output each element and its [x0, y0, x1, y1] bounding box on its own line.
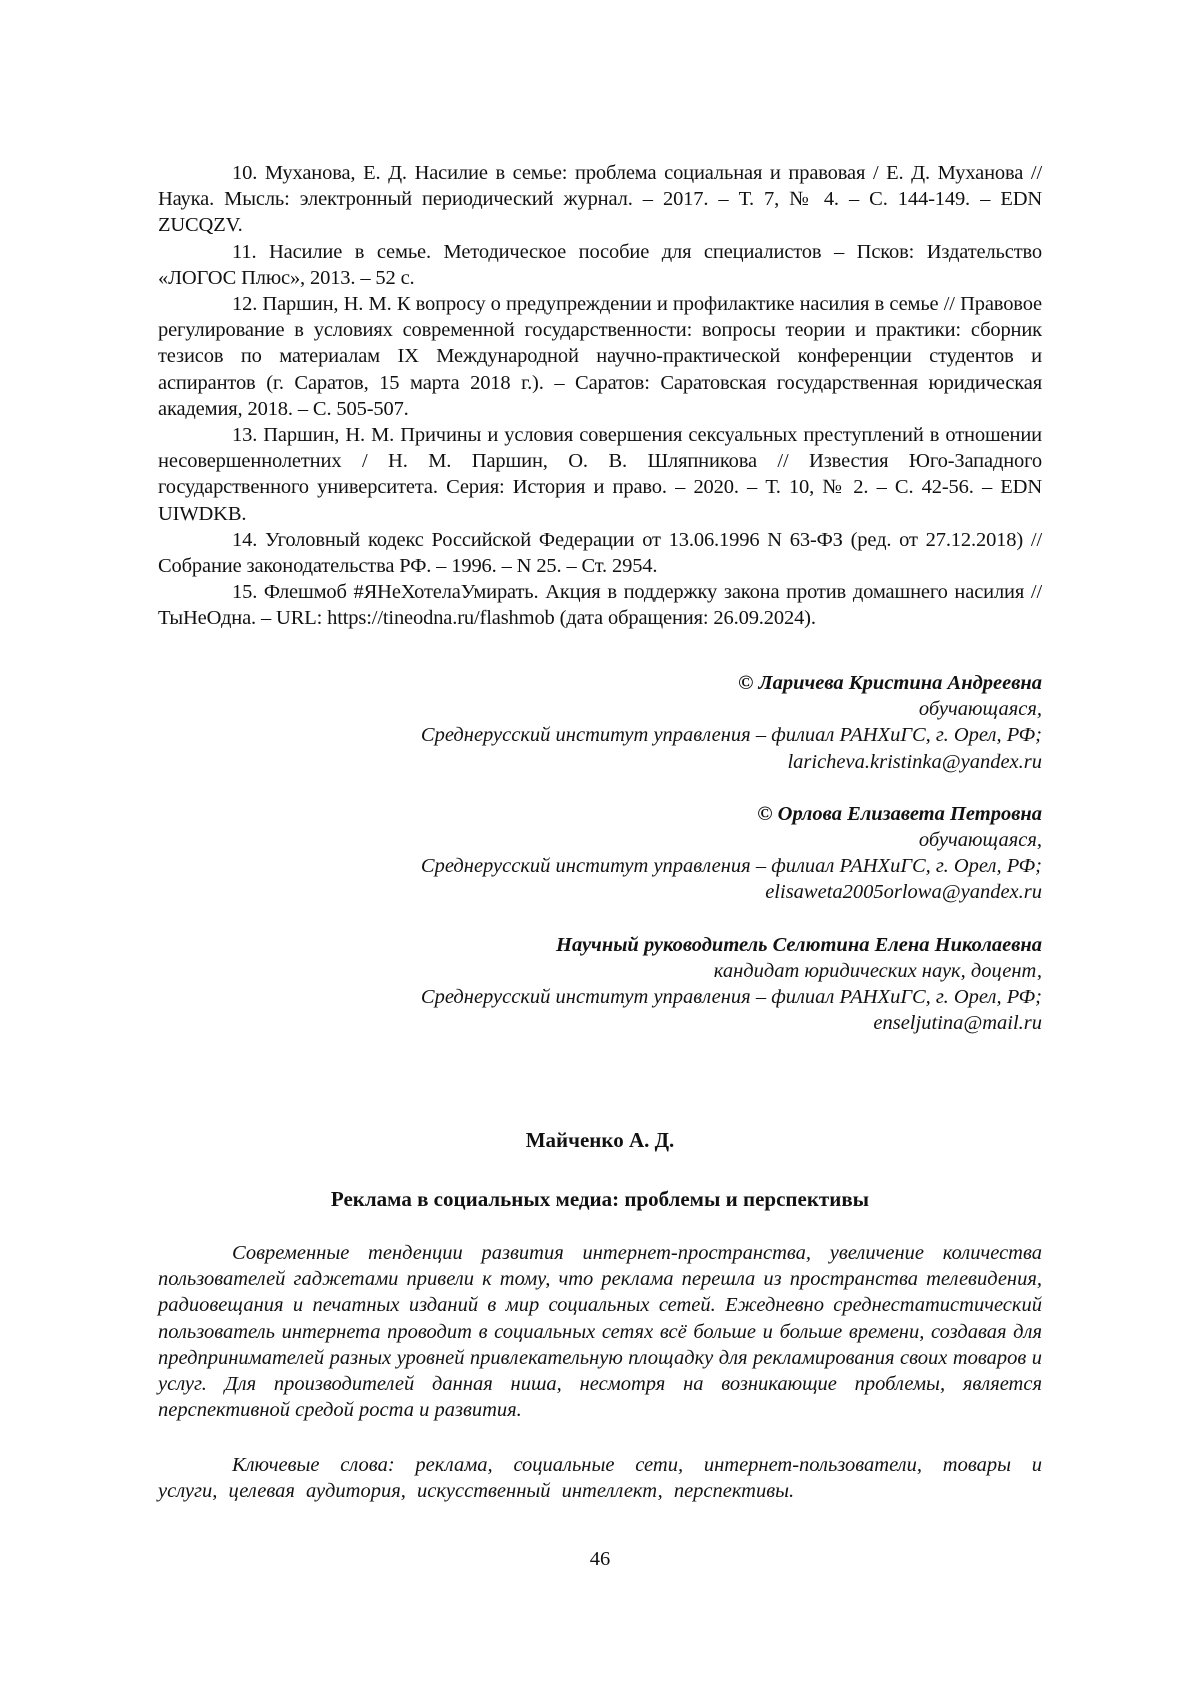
author-block: © Ларичева Кристина Андреевна обучающаяс…: [158, 670, 1042, 775]
author-position: обучающаяся,: [158, 827, 1042, 853]
author-info-section: © Ларичева Кристина Андреевна обучающаяс…: [158, 670, 1042, 1062]
reference-item: 12. Паршин, Н. М. К вопросу о предупрежд…: [158, 291, 1042, 422]
page-number: 46: [0, 1548, 1200, 1571]
reference-item: 13. Паршин, Н. М. Причины и условия сове…: [158, 422, 1042, 527]
article-title: Реклама в социальных медиа: проблемы и п…: [158, 1187, 1042, 1212]
article-abstract: Современные тенденции развития интернет-…: [158, 1240, 1042, 1423]
abstract-text: Современные тенденции развития интернет-…: [158, 1240, 1042, 1423]
author-name: © Орлова Елизавета Петровна: [158, 801, 1042, 827]
supervisor-block: Научный руководитель Селютина Елена Нико…: [158, 932, 1042, 1037]
reference-item: 10. Муханова, Е. Д. Насилие в семье: про…: [158, 160, 1042, 239]
article-keywords: Ключевые слова: реклама, социальные сети…: [158, 1452, 1042, 1504]
supervisor-name: Научный руководитель Селютина Елена Нико…: [158, 932, 1042, 958]
author-affiliation: Среднерусский институт управления – фили…: [158, 722, 1042, 748]
author-position: обучающаяся,: [158, 696, 1042, 722]
author-email: laricheva.kristinka@yandex.ru: [158, 749, 1042, 775]
supervisor-email: enseljutina@mail.ru: [158, 1010, 1042, 1036]
article-author-heading: Майченко А. Д.: [158, 1128, 1042, 1153]
reference-item: 11. Насилие в семье. Методическое пособи…: [158, 239, 1042, 291]
reference-item: 14. Уголовный кодекс Российской Федераци…: [158, 527, 1042, 579]
author-name: © Ларичева Кристина Андреевна: [158, 670, 1042, 696]
reference-item: 15. Флешмоб #ЯНеХотелаУмирать. Акция в п…: [158, 579, 1042, 631]
supervisor-position: кандидат юридических наук, доцент,: [158, 958, 1042, 984]
author-email: elisaweta2005orlowa@yandex.ru: [158, 879, 1042, 905]
supervisor-affiliation: Среднерусский институт управления – фили…: [158, 984, 1042, 1010]
reference-list: 10. Муханова, Е. Д. Насилие в семье: про…: [158, 160, 1042, 632]
keywords-text: Ключевые слова: реклама, социальные сети…: [158, 1452, 1042, 1504]
author-block: © Орлова Елизавета Петровна обучающаяся,…: [158, 801, 1042, 906]
author-affiliation: Среднерусский институт управления – фили…: [158, 853, 1042, 879]
